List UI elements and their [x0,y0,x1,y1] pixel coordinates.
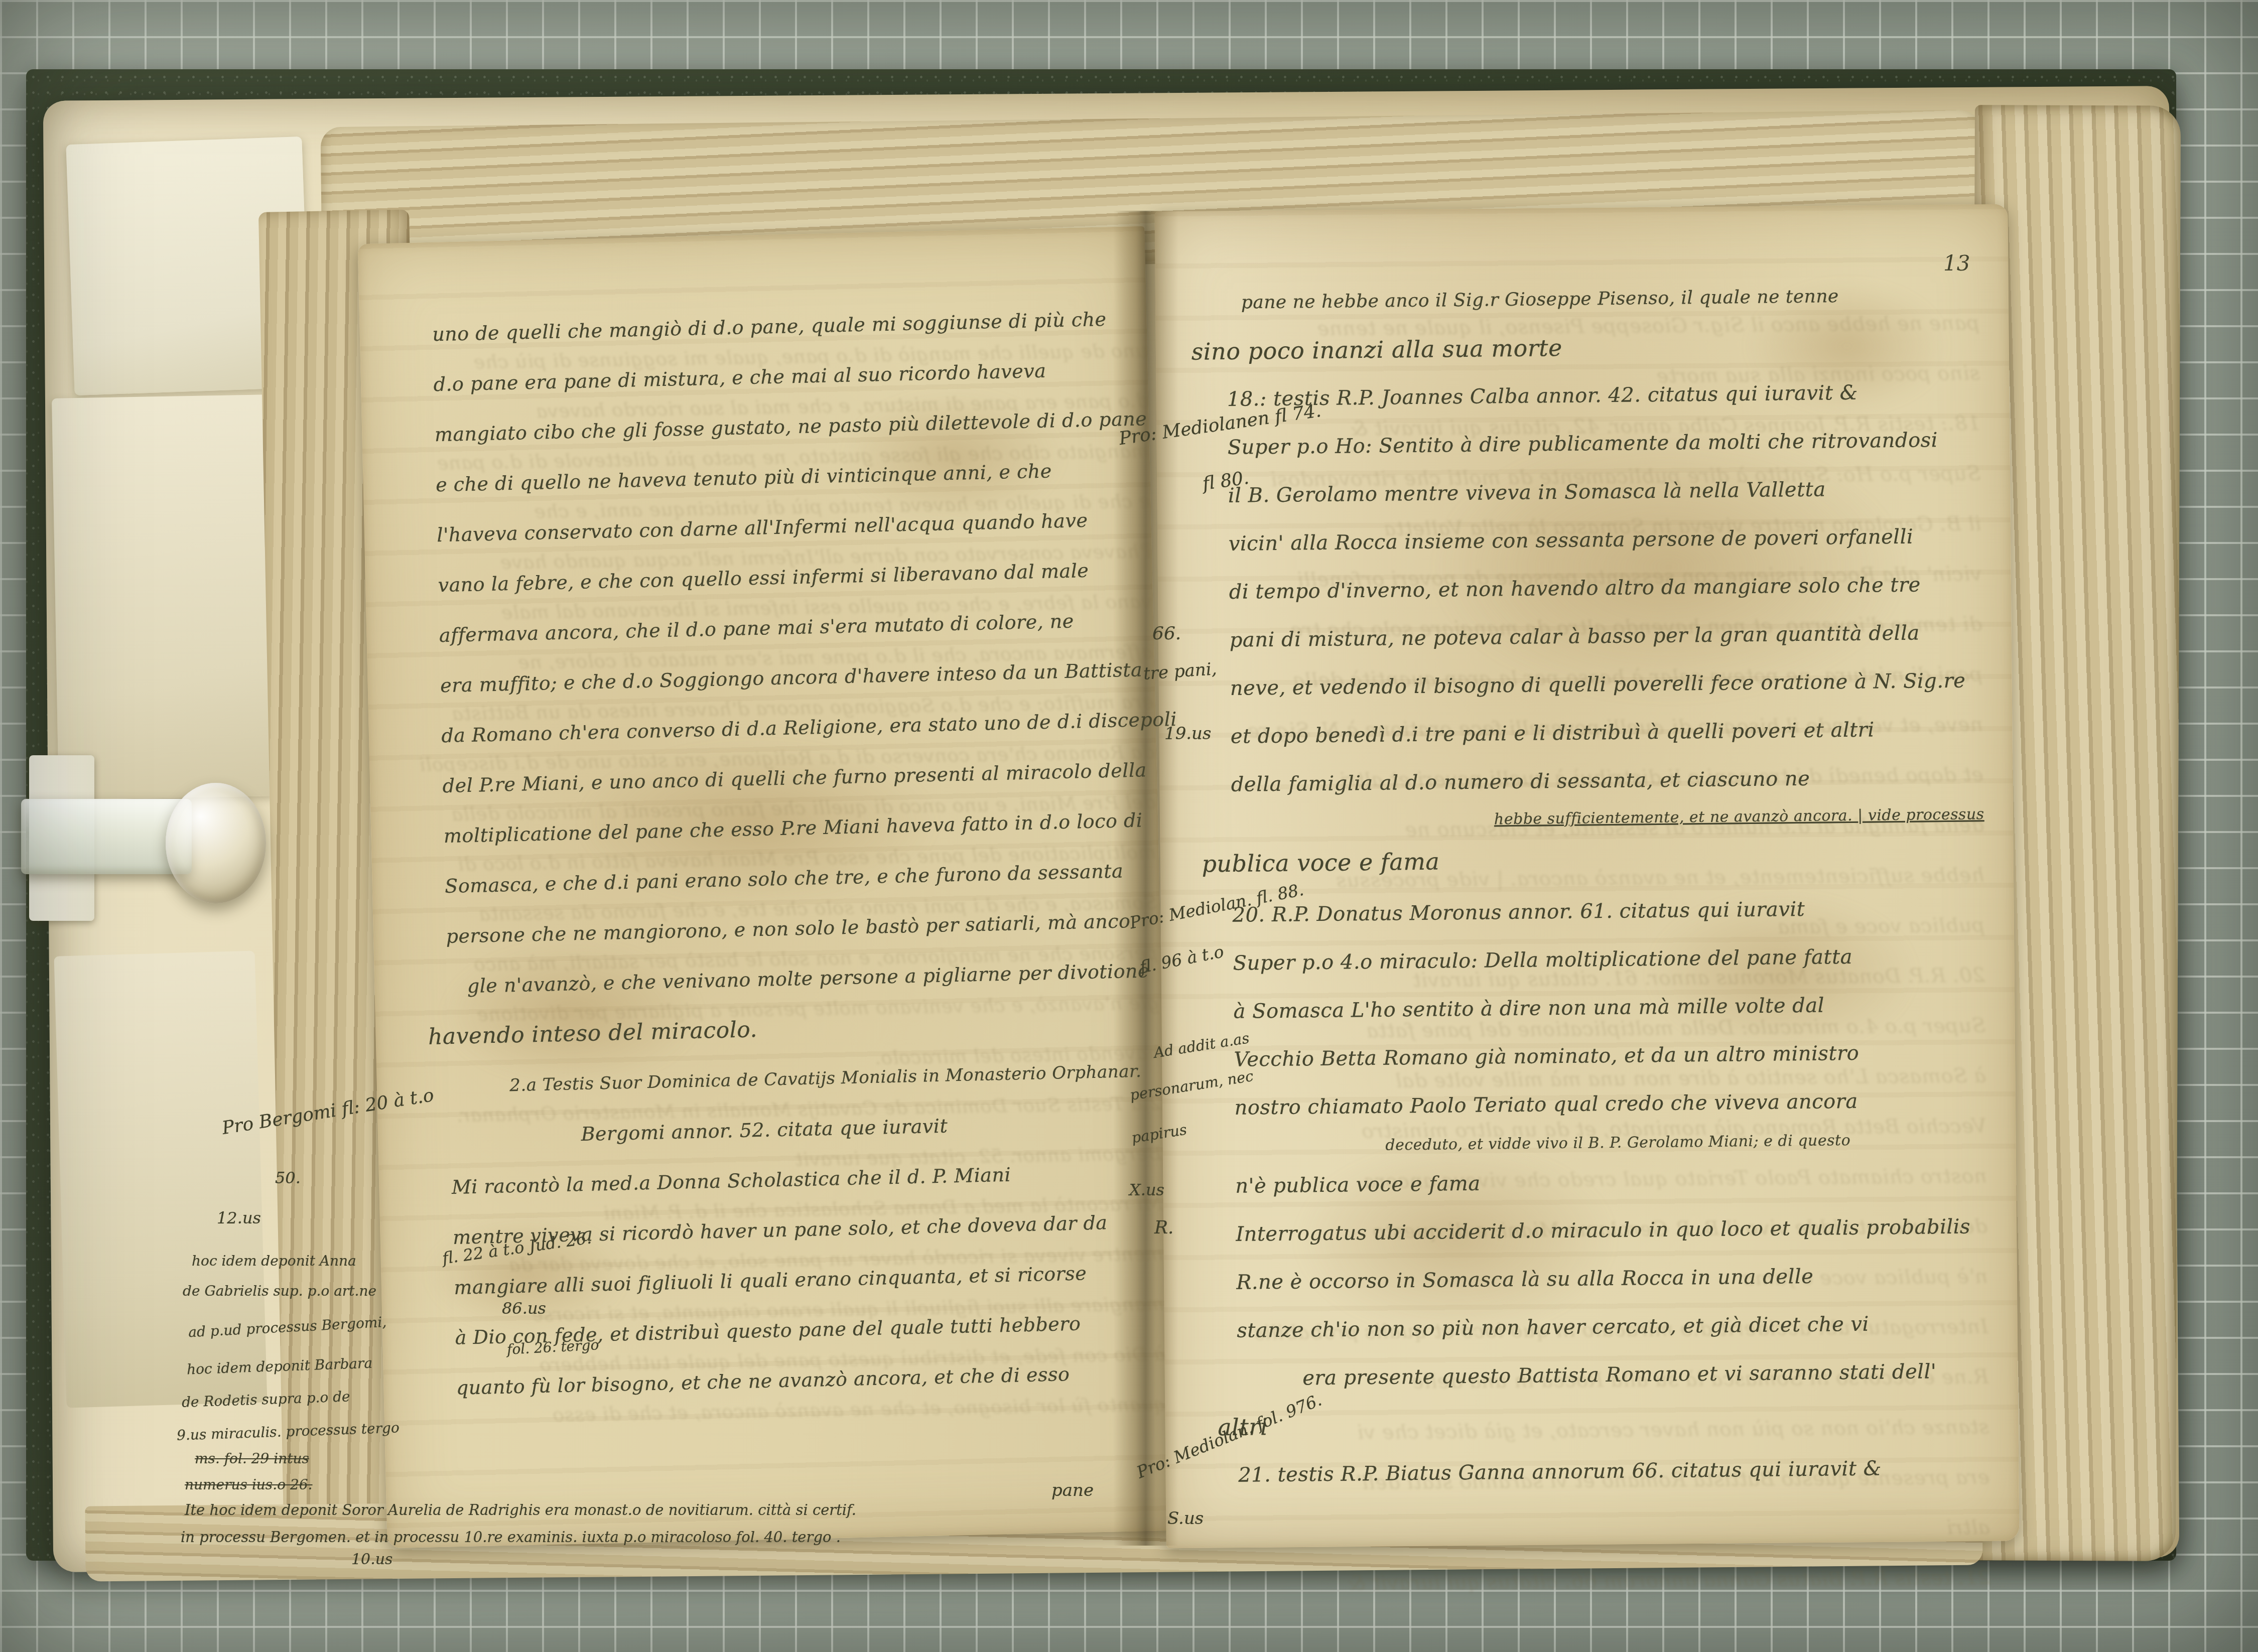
manuscript-line: il B. Gerolamo mentre viveva in Somasca … [1228,464,1981,520]
manuscript-line: neve, et vedendo il bisogno di quelli po… [1230,656,1983,713]
manuscript-line: R.ne è occorso in Somasca là su alla Roc… [1236,1251,1989,1307]
margin-note: S.us [1167,1508,1204,1529]
margin-annotation-struck: numerus ius.o 26. [185,1476,312,1493]
manuscript-line: di tempo d'inverno, et non havendo altro… [1229,560,1982,616]
manuscript-line: publica voce e fama [1202,828,1985,891]
loose-sheet [52,394,275,799]
margin-note: de Gabrielis sup. p.o art.ne [183,1283,376,1299]
glass-page-weight-dome [166,783,266,903]
margin-annotation: in processu Bergomen. et in processu 10.… [181,1529,841,1546]
manuscript-line: Super p.o Ho: Sentito à dire publicament… [1227,416,1980,472]
manuscript-line: Vecchio Betta Romano già nominato, et da… [1234,1028,1987,1084]
right-page-text: pane ne hebbe anco il Sig.r Gioseppe Pis… [1226,271,1991,1499]
manuscript-line: 21. testis R.P. Biatus Ganna annorum 66.… [1238,1443,1991,1499]
margin-note: X.us [1129,1180,1164,1199]
margin-note: 50. [275,1168,301,1187]
margin-note: 86.us [502,1299,546,1318]
manuscript-line: altri [1218,1395,1991,1451]
manuscript-line: nostro chiamato Paolo Teriato qual credo… [1234,1076,1987,1132]
manuscript-line: 18.: testis R.P. Joannes Calba annor. 42… [1227,367,1980,424]
manuscript-line: pani di mistura, ne poteva calar à basso… [1229,608,1982,664]
ghost-line: altri [1247,1502,1990,1559]
margin-note: hoc idem deponit Anna [192,1253,356,1269]
margin-note: 19.us [1164,724,1211,744]
margin-note: 12.us [217,1208,261,1227]
margin-note: 66. [1152,623,1181,644]
loose-sheet [54,951,268,1408]
manuscript-line: pane ne hebbe anco il Sig.r Gioseppe Pis… [1241,271,1979,327]
ghost-line: 21. testis R.P. Biatus Ganna annorum 66.… [1248,1552,1991,1609]
margin-annotation-struck: ms. fol. 29 intus [195,1450,309,1467]
manuscript-line: stanze ch'io non so più non haver cercat… [1237,1299,1990,1355]
manuscript-line: Super p.o 4.o miraculo: Della moltiplica… [1233,931,1986,988]
photographed-manuscript-scene: uno de quelli che mangiò di d.o pane, qu… [0,0,2258,1652]
page-number: 13 [1943,251,1970,276]
manuscript-line: 20. R.P. Donatus Moronus annor. 61. cita… [1232,883,1985,939]
manuscript-line: Interrogatus ubi acciderit d.o miraculo … [1236,1202,1989,1259]
manuscript-line: vicin' alla Rocca insieme con sessanta p… [1228,512,1981,568]
margin-annotation: 10.us [351,1551,392,1568]
margin-annotation: Ite hoc idem deponit Soror Aurelia de Ra… [185,1501,856,1519]
manuscript-line: n'è publica voce e fama [1235,1154,1988,1210]
manuscript-line: della famiglia al d.o numero di sessanta… [1231,753,1984,809]
manuscript-line: et dopo benedì d.i tre pani e li distrib… [1230,705,1983,761]
margin-note: R. [1154,1217,1174,1238]
manuscript-line: à Somasca L'ho sentito à dire non una mà… [1233,980,1986,1036]
manuscript-line: era presente questo Battista Romano et v… [1302,1347,1990,1402]
manuscript-line: sino poco inanzi alla sua morte [1191,319,1979,375]
catchword: pane [1051,1480,1094,1500]
